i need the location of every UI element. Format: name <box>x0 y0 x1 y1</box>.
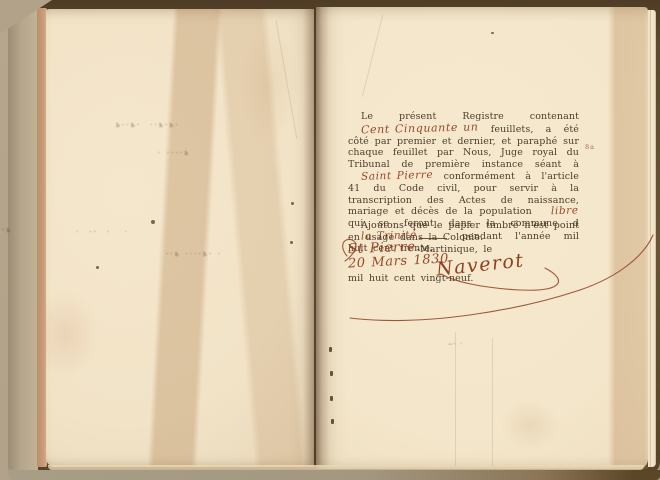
binding-stitch <box>329 347 332 352</box>
ink-bleedthrough: ··ь ····ь· · <box>166 250 222 258</box>
ink-spot <box>151 220 155 224</box>
ink-bleedthrough: · ·· · · <box>76 228 129 236</box>
left-cover-edge <box>8 3 38 471</box>
handwritten-population-status: libre <box>538 206 579 219</box>
left-blank-page <box>46 9 314 467</box>
binding-ink-spot <box>290 241 293 244</box>
bottom-cover-edge <box>8 470 660 480</box>
binding-stitch <box>330 371 333 376</box>
paper-crease <box>455 332 456 466</box>
binding-stitch <box>331 419 334 424</box>
ink-spot <box>491 32 494 34</box>
paper-crease <box>492 338 493 466</box>
register-book-scan: ь··ь· ··ь·ь· · ····ь ·ь · ·· · · ··ь ···… <box>0 0 660 480</box>
ink-bleedthrough: ь··ь· ··ь·ь· <box>116 121 180 129</box>
signature-flourish <box>335 230 660 330</box>
red-margin-mark: 8a <box>585 143 595 151</box>
binding-ink-spot <box>291 202 294 205</box>
paper-repair-strip <box>147 9 223 467</box>
ink-bleedthrough: · ····ь <box>158 149 191 157</box>
ink-spot <box>96 266 99 269</box>
binding-stitch <box>330 396 333 401</box>
ink-bleedthrough: ‒· · <box>448 340 463 348</box>
paper-repair-strip <box>214 9 308 467</box>
handwritten-tribunal-seat: Saint Pierre <box>348 170 434 184</box>
handwritten-folio-count: Cent Cinquante un <box>348 121 479 136</box>
ink-bleedthrough: ·ь <box>2 226 12 234</box>
binding-gutter-shadow <box>303 7 329 469</box>
